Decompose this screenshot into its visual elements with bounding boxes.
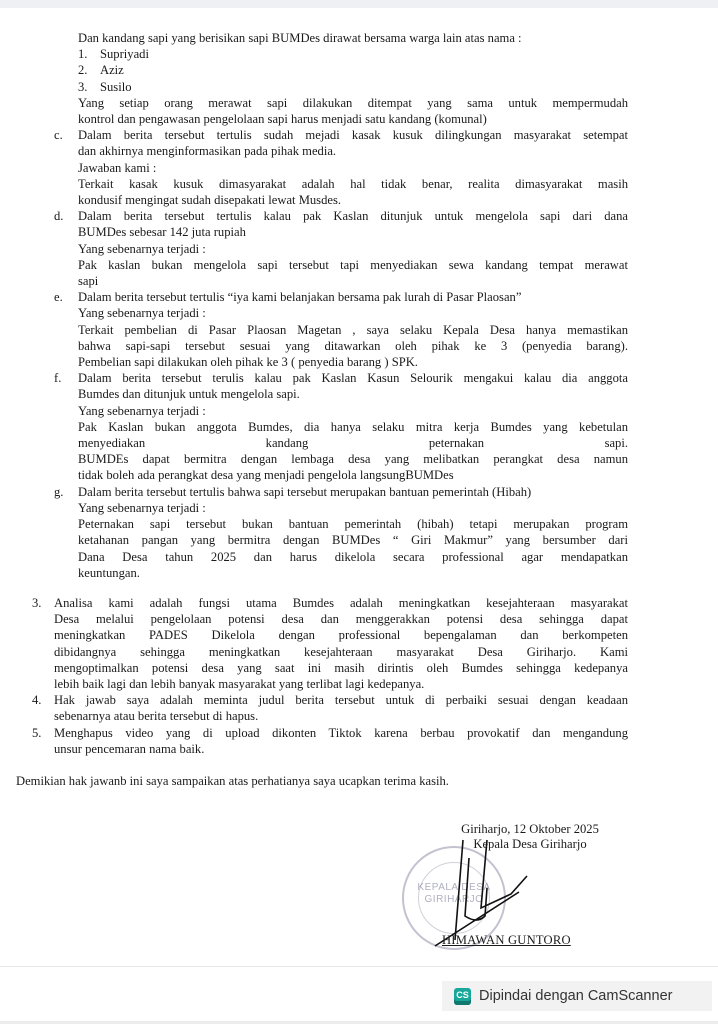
numbered-text: unsur pencemaran nama baik. xyxy=(54,741,628,757)
list-item: 3.Susilo xyxy=(78,79,628,95)
response-text: Peternakan sapi tersebut bukan bantuan p… xyxy=(78,516,628,532)
points-list: c.Dalam berita tersebut tertulis sudah m… xyxy=(54,127,628,581)
numbered-text: lebih baik lagi dan lebih banyak masyara… xyxy=(54,676,628,692)
list-item: 2.Aziz xyxy=(78,62,628,78)
claim-text: Bumdes dan ditunjuk untuk mengelola sapi… xyxy=(78,386,628,402)
numbered-item: 5.Menghapus video yang di upload dikonte… xyxy=(16,725,628,757)
response-label: Jawaban kami : xyxy=(78,160,628,176)
claim-text: Dalam berita tersebut terulis kalau pak … xyxy=(78,370,628,386)
response-text: Pak Kaslan bukan anggota Bumdes, dia han… xyxy=(78,419,628,435)
response-label: Yang sebenarnya terjadi : xyxy=(78,241,628,257)
camscanner-watermark: CS Dipindai dengan CamScanner xyxy=(442,981,712,1011)
numbered-text: sebenarnya atau berita tersebut di hapus… xyxy=(54,708,628,724)
claim-text: BUMDes sebesar 142 juta rupiah xyxy=(78,224,628,240)
signer-name: HIMAWAN GUNTORO xyxy=(442,933,571,948)
claim-text: dan akhirnya menginformasikan pada pihak… xyxy=(78,143,628,159)
point-item: d.Dalam berita tersebut tertulis kalau p… xyxy=(54,208,628,289)
numbered-text: meningkatkan PADES Dikelola dengan profe… xyxy=(54,627,628,643)
response-text: Dana Desa tahun 2025 dan harus dikelola … xyxy=(78,549,628,565)
numbered-text: Menghapus video yang di upload dikonten … xyxy=(54,725,628,741)
response-label: Yang sebenarnya terjadi : xyxy=(78,500,628,516)
caretakers-note: Yang setiap orang merawat sapi dilakukan… xyxy=(78,95,628,111)
top-edge xyxy=(0,0,718,8)
letter-body: Dan kandang sapi yang berisikan sapi BUM… xyxy=(78,30,628,789)
numbered-text: mengoptimalkan potensi desa yang saat in… xyxy=(54,660,628,676)
numbered-item: 3.Analisa kami adalah fungsi utama Bumde… xyxy=(16,595,628,692)
claim-text: Dalam berita tersebut tertulis sudah mej… xyxy=(78,127,628,143)
claim-text: Dalam berita tersebut tertulis “iya kami… xyxy=(78,289,628,305)
response-text: sapi xyxy=(78,273,628,289)
response-text: ketahanan pangan yang bermitra dengan BU… xyxy=(78,532,628,548)
response-text: keuntungan. xyxy=(78,565,628,581)
intro-text: Dan kandang sapi yang berisikan sapi BUM… xyxy=(78,30,628,46)
place-date: Giriharjo, 12 Oktober 2025 xyxy=(440,822,620,837)
scanned-page: Dan kandang sapi yang berisikan sapi BUM… xyxy=(0,8,718,966)
response-text: menyediakan kandang peternakan sapi. xyxy=(78,435,628,451)
numbered-text: Desa melalui pengelolaan potensi desa da… xyxy=(54,611,628,627)
point-item: f.Dalam berita tersebut terulis kalau pa… xyxy=(54,370,628,483)
closing-text: Demikian hak jawanb ini saya sampaikan a… xyxy=(16,773,628,789)
watermark-label: Dipindai dengan CamScanner xyxy=(479,988,672,1004)
point-item: e.Dalam berita tersebut tertulis “iya ka… xyxy=(54,289,628,370)
response-text: tidak boleh ada perangkat desa yang menj… xyxy=(78,467,628,483)
point-item: c.Dalam berita tersebut tertulis sudah m… xyxy=(54,127,628,208)
list-item: 1.Supriyadi xyxy=(78,46,628,62)
response-text: BUMDEs dapat bermitra dengan lembaga des… xyxy=(78,451,628,467)
signature-block: Giriharjo, 12 Oktober 2025 Kepala Desa G… xyxy=(440,822,620,852)
claim-text: Dalam berita tersebut tertulis kalau pak… xyxy=(78,208,628,224)
numbered-text: dibidangnya sehingga meningkatkan keseja… xyxy=(54,644,628,660)
point-item: g.Dalam berita tersebut tertulis bahwa s… xyxy=(54,484,628,581)
signer-title: Kepala Desa Giriharjo xyxy=(440,837,620,852)
response-label: Yang sebenarnya terjadi : xyxy=(78,305,628,321)
numbered-text: Hak jawab saya adalah meminta judul beri… xyxy=(54,692,628,708)
response-text: Pak kaslan bukan mengelola sapi tersebut… xyxy=(78,257,628,273)
response-text: Terkait kasak kusuk dimasyarakat adalah … xyxy=(78,176,628,192)
response-text: Terkait pembelian di Pasar Plaosan Maget… xyxy=(78,322,628,338)
response-text: Pembelian sapi dilakukan oleh pihak ke 3… xyxy=(78,354,628,370)
caretakers-note: kontrol dan pengawasan pengelolaan sapi … xyxy=(78,111,628,127)
numbered-text: Analisa kami adalah fungsi utama Bumdes … xyxy=(54,595,628,611)
camscanner-logo-icon: CS xyxy=(454,988,471,1005)
claim-text: Dalam berita tersebut tertulis bahwa sap… xyxy=(78,484,628,500)
numbered-list: 3.Analisa kami adalah fungsi utama Bumde… xyxy=(16,595,628,757)
numbered-item: 4.Hak jawab saya adalah meminta judul be… xyxy=(16,692,628,724)
response-text: kondusif mengingat sudah disepakati lewa… xyxy=(78,192,628,208)
response-label: Yang sebenarnya terjadi : xyxy=(78,403,628,419)
response-text: bahwa sapi-sapi tersebut sesuai yang dit… xyxy=(78,338,628,354)
caretaker-list: 1.Supriyadi 2.Aziz 3.Susilo xyxy=(78,46,628,95)
